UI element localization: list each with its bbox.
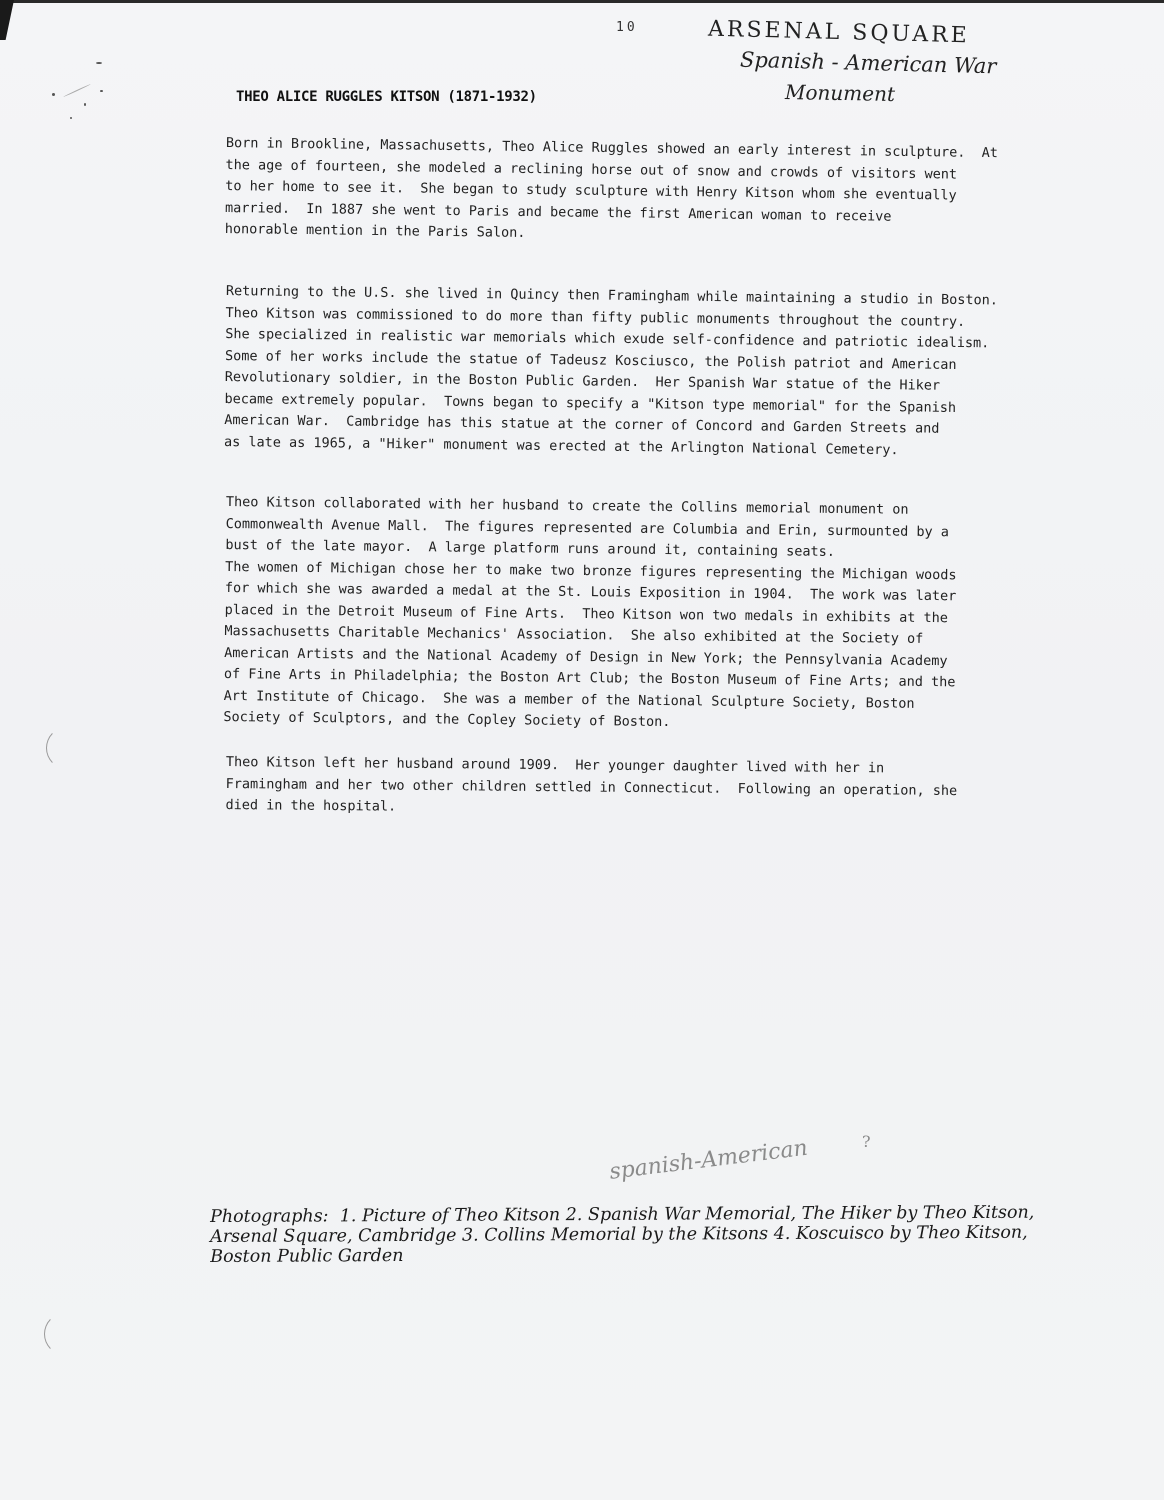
- pencil-question-mark: ?: [862, 1132, 871, 1151]
- photographs-note: Photographs: 1. Picture of Theo Kitson 2…: [210, 1203, 1050, 1267]
- document-title: THEO ALICE RUGGLES KITSON (1871-1932): [236, 89, 537, 105]
- photographs-line: Boston Public Garden: [210, 1243, 1050, 1267]
- stray-mark: [63, 84, 91, 98]
- handwritten-note-type: Monument: [785, 80, 895, 106]
- stray-mark: [52, 93, 55, 96]
- paragraph-early-life: Born in Brookline, Massachusetts, Theo A…: [225, 133, 1126, 252]
- binder-hole-mark: [46, 727, 87, 769]
- scan-top-edge: [0, 0, 1164, 3]
- stray-mark: [84, 103, 86, 106]
- handwritten-note-location: ARSENAL SQUARE: [708, 17, 970, 49]
- stray-mark: [100, 90, 103, 92]
- document-page: 10 ARSENAL SQUARE Spanish - American War…: [0, 0, 1164, 1500]
- scan-corner-shadow: [0, 0, 14, 40]
- paragraph-career: Returning to the U.S. she lived in Quinc…: [224, 281, 1126, 464]
- handwritten-note-subject: Spanish - American War: [740, 48, 997, 79]
- paragraph-later-life: Theo Kitson left her husband around 1909…: [225, 752, 1126, 825]
- binder-hole-mark: [44, 1313, 85, 1355]
- stray-mark: [70, 117, 72, 119]
- pencil-annotation: spanish-American: [608, 1136, 809, 1185]
- paragraph-collaborations: Theo Kitson collaborated with her husban…: [223, 492, 1126, 739]
- stray-mark: [96, 62, 102, 64]
- page-number: 10: [616, 20, 638, 35]
